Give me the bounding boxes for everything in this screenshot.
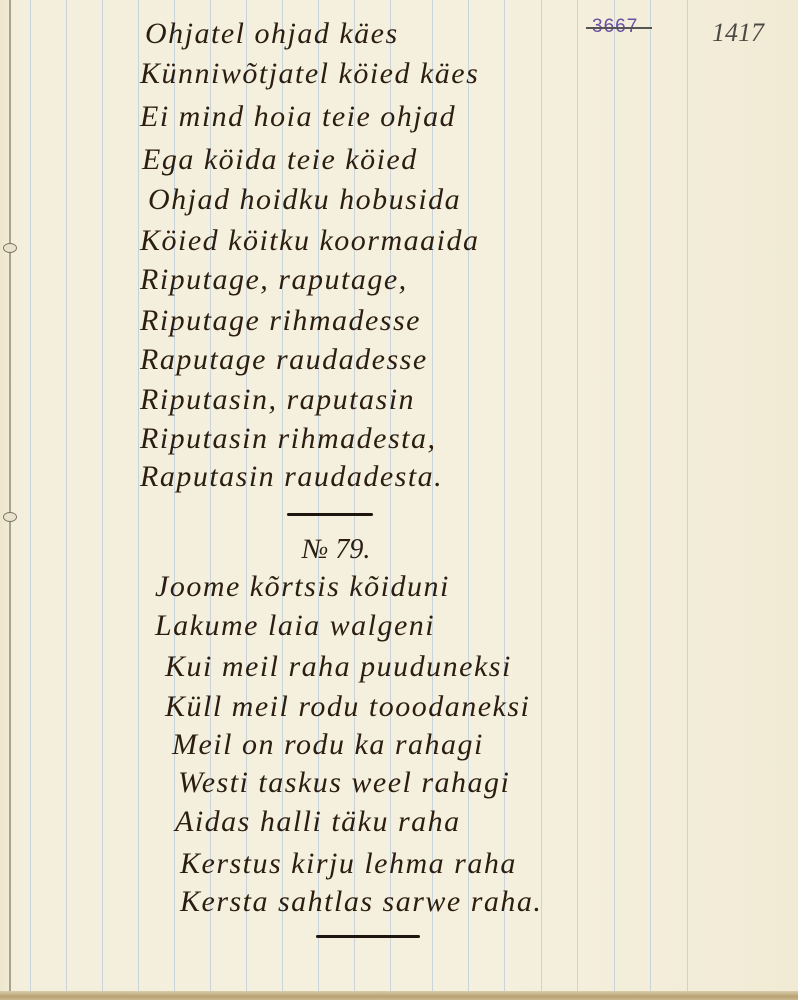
verse-line: Westi taskus weel rahagi bbox=[178, 766, 510, 800]
manuscript-page: 3667 1417 Ohjatel ohjad käes Künniwõtjat… bbox=[0, 0, 798, 1000]
verse-line: Ohjad hoidku hobusida bbox=[148, 183, 461, 217]
ruled-line bbox=[577, 0, 578, 992]
verse-line: Künniwõtjatel köied käes bbox=[140, 57, 479, 91]
verse-line: Riputasin rihmadesta, bbox=[140, 422, 437, 456]
catalog-number-struck: 3667 bbox=[592, 16, 638, 38]
ruled-line bbox=[650, 0, 651, 992]
ruled-line bbox=[504, 0, 505, 992]
ruled-line bbox=[614, 0, 615, 992]
verse-line: Aidas halli täku raha bbox=[175, 805, 461, 839]
verse-line: Joome kõrtsis kõiduni bbox=[155, 570, 450, 604]
binding-hole bbox=[3, 512, 17, 522]
binding-edge bbox=[9, 0, 11, 1000]
verse-line: Raputage raudadesse bbox=[140, 343, 428, 377]
verse-line: Lakume laia walgeni bbox=[155, 609, 435, 643]
verse-line: Köied köitku koormaaida bbox=[140, 224, 479, 258]
ruled-line bbox=[468, 0, 469, 992]
verse-line: Riputage, raputage, bbox=[140, 263, 408, 297]
verse-line: Kersta sahtlas sarwe raha. bbox=[180, 885, 542, 919]
verse-line: Riputasin, raputasin bbox=[140, 383, 415, 417]
section-divider bbox=[316, 935, 420, 938]
ruled-line bbox=[687, 0, 688, 992]
verse-line: Raputasin raudadesta. bbox=[140, 460, 443, 494]
ruled-line bbox=[432, 0, 433, 992]
verse-line: Meil on rodu ka rahagi bbox=[172, 728, 484, 762]
page-bottom-edge bbox=[0, 991, 798, 1000]
verse-line: Kui meil raha puuduneksi bbox=[165, 650, 512, 684]
verse-line: Ei mind hoia teie ohjad bbox=[140, 100, 456, 134]
verse-line: Ega köida teie köied bbox=[142, 143, 418, 177]
ruled-line bbox=[541, 0, 542, 992]
catalog-number: 1417 bbox=[712, 18, 764, 48]
ruled-line bbox=[138, 0, 139, 992]
verse-line: Küll meil rodu tooodaneksi bbox=[165, 690, 530, 724]
ruled-line bbox=[102, 0, 103, 992]
poem-number-heading: № 79. bbox=[302, 534, 370, 566]
section-divider bbox=[287, 513, 373, 516]
verse-line: Kerstus kirju lehma raha bbox=[180, 847, 517, 881]
ruled-line bbox=[66, 0, 67, 992]
ruled-line bbox=[30, 0, 31, 992]
binding-hole bbox=[3, 243, 17, 253]
verse-line: Riputage rihmadesse bbox=[140, 304, 421, 338]
verse-line: Ohjatel ohjad käes bbox=[145, 17, 399, 51]
